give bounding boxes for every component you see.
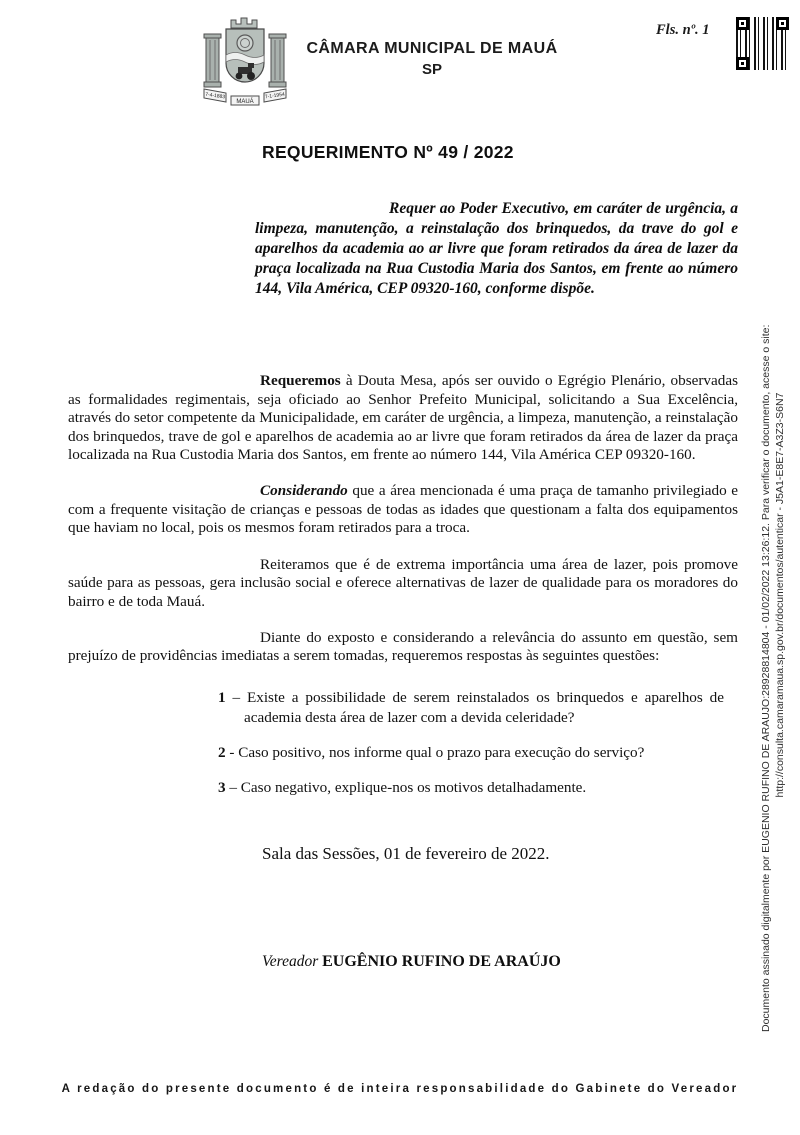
signer-role: Vereador — [262, 953, 318, 970]
paragraph-considerando: Considerando que a área mencionada é uma… — [68, 482, 738, 538]
question-text: - Caso positivo, nos informe qual o praz… — [229, 744, 644, 761]
document-page: 7-4-1883 MAUÁ 7-1-1954 CÂMARA MUNICIPAL … — [0, 0, 800, 1135]
qr-finder-bottom-left — [736, 57, 749, 70]
logo-ribbon-center-text: MAUÁ — [236, 98, 253, 105]
question-number: 2 — [218, 744, 226, 761]
paragraph-text: que a área mencionada é uma praça de tam… — [68, 482, 738, 536]
question-text: – Caso negativo, explique-nos os motivos… — [229, 779, 586, 796]
paragraph-reiteramos: Reiteramos que é de extrema importância … — [68, 556, 738, 612]
digital-signature-text: Documento assinado digitalmente por EUGE… — [760, 158, 774, 1032]
paragraph-requeremos: Requeremos à Douta Mesa, após ser ouvido… — [68, 372, 738, 465]
paragraph-text: à Douta Mesa, após ser ouvido o Egrégio … — [68, 372, 738, 463]
question-item-2: 2 - Caso positivo, nos informe qual o pr… — [218, 743, 724, 763]
question-text: – Existe a possibilidade de serem reinst… — [232, 689, 724, 726]
signer-name: EUGÊNIO RUFINO DE ARAÚJO — [322, 953, 561, 970]
paragraph-diante: Diante do exposto e considerando a relev… — [68, 629, 738, 666]
signature-line: Vereador EUGÊNIO RUFINO DE ARAÚJO — [262, 953, 561, 971]
document-body: Requeremos à Douta Mesa, após ser ouvido… — [68, 372, 738, 813]
paragraph-lead: Considerando — [260, 482, 348, 499]
footer-disclaimer: A redação do presente documento é de int… — [0, 1083, 800, 1095]
qr-finder-top-left — [736, 17, 749, 30]
session-dateline: Sala das Sessões, 01 de fevereiro de 202… — [262, 844, 550, 864]
org-title-block: CÂMARA MUNICIPAL DE MAUÁ SP — [302, 40, 562, 78]
org-name: CÂMARA MUNICIPAL DE MAUÁ — [302, 40, 562, 58]
maua-coat-of-arms-icon: 7-4-1883 MAUÁ 7-1-1954 — [198, 14, 292, 108]
qr-code — [734, 15, 791, 72]
paragraph-lead: Requeremos — [260, 372, 341, 389]
digital-signature-verify-url: http://consulta.camaramaua.sp.gov.br/doc… — [774, 158, 788, 1032]
questions-list: 1 – Existe a possibilidade de serem rein… — [218, 688, 724, 798]
digital-signature-strip: Documento assinado digitalmente por EUGE… — [760, 158, 787, 1032]
request-summary: Requer ao Poder Executivo, em caráter de… — [255, 199, 738, 299]
question-number: 3 — [218, 779, 226, 796]
document-title: REQUERIMENTO Nº 49 / 2022 — [262, 142, 514, 163]
qr-finder-top-right — [776, 17, 789, 30]
folio-number-label: Fls. nº. 1 — [656, 22, 710, 39]
question-item-1: 1 – Existe a possibilidade de serem rein… — [218, 688, 724, 728]
page-header: 7-4-1883 MAUÁ 7-1-1954 CÂMARA MUNICIPAL … — [198, 14, 562, 108]
question-number: 1 — [218, 689, 226, 706]
org-state: SP — [302, 61, 562, 78]
question-item-3: 3 – Caso negativo, explique-nos os motiv… — [218, 778, 724, 798]
